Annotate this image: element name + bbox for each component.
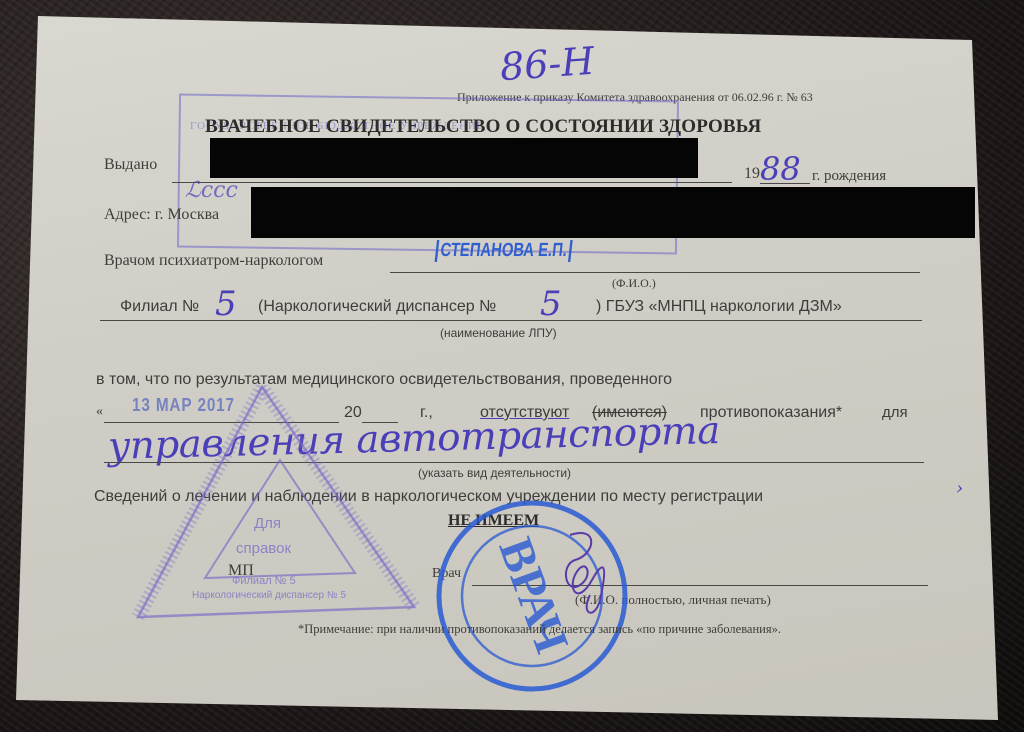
medical-certificate-paper: 86-Н Приложение к приказу Комитета здрав… xyxy=(0,0,1024,732)
triangle-stamp xyxy=(130,385,420,625)
branch-number-handwritten: 5 xyxy=(215,284,237,324)
doctor-signature xyxy=(540,525,630,625)
birth-year-underline xyxy=(760,183,810,184)
for-word: для xyxy=(882,404,908,421)
date-open-quote: « xyxy=(96,404,103,420)
doctor-name-stamp: СТЕПАНОВА Е.П. xyxy=(435,240,573,262)
birth-year-prefix: 19 xyxy=(744,165,760,183)
triangle-stamp-bottom-line2: Наркологический диспансер № 5 xyxy=(192,590,346,601)
ink-mark: › xyxy=(956,478,963,499)
activity-caption: (указать вид деятельности) xyxy=(418,466,571,480)
dispensary-label: (Наркологический диспансер № xyxy=(258,298,496,316)
document-title: ВРАЧЕБНОЕ СВИДЕТЕЛЬСТВО О СОСТОЯНИИ ЗДОР… xyxy=(205,116,761,138)
handwritten-scribble: ℒccc xyxy=(185,178,238,203)
fio-caption: (Ф.И.О.) xyxy=(612,276,656,291)
address-label: Адрес: г. Москва xyxy=(104,206,219,224)
dispensary-number-handwritten: 5 xyxy=(540,284,562,324)
contraindications-word: противопоказания* xyxy=(700,404,842,422)
issued-underline xyxy=(172,182,732,183)
handwritten-number: 86-Н xyxy=(499,39,596,89)
doctor-label: Врачом психиатром-наркологом xyxy=(104,252,323,270)
birth-suffix: г. рождения xyxy=(812,168,886,185)
mp-label: МП xyxy=(228,562,254,580)
redacted-address xyxy=(251,187,975,238)
footnote: *Примечание: при наличии противопоказани… xyxy=(298,622,781,637)
triangle-stamp-center-line1: Для xyxy=(254,515,281,532)
redacted-name xyxy=(210,138,698,178)
doctor-underline xyxy=(390,272,920,273)
institution-name: ) ГБУЗ «МНПЦ наркологии ДЗМ» xyxy=(596,298,842,316)
branch-underline xyxy=(100,320,922,321)
triangle-stamp-center-line2: справок xyxy=(236,540,291,557)
branch-label: Филиал № xyxy=(120,298,199,316)
lpu-caption: (наименование ЛПУ) xyxy=(440,326,557,340)
issued-label: Выдано xyxy=(104,156,157,174)
